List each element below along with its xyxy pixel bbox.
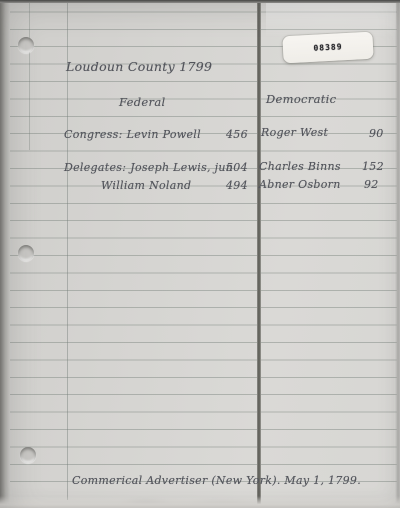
- column-header-democratic: Democratic: [266, 92, 336, 106]
- vote-count-federal: 504: [226, 161, 248, 174]
- vote-count-federal: 494: [226, 179, 248, 192]
- candidate-name-federal: William Noland: [101, 179, 191, 192]
- punch-hole-middle: [18, 245, 34, 261]
- catalog-number: 08389: [313, 42, 343, 53]
- office-label: Congress:: [64, 128, 123, 141]
- vote-count-democratic: 92: [364, 178, 379, 191]
- candidate-name-democratic: Roger West: [261, 126, 328, 139]
- race-row-delegates-2: William Noland: [101, 179, 191, 192]
- source-citation: Commerical Advertiser (New York). May 1,…: [72, 474, 361, 487]
- race-row-congress: Congress:Levin Powell: [64, 128, 201, 141]
- left-edge-rule: [29, 0, 30, 150]
- candidate-name-democratic: Charles Binns: [259, 160, 341, 173]
- center-column-divider: [257, 0, 261, 504]
- scan-edge-left: [0, 0, 10, 508]
- punch-hole-top: [18, 37, 34, 53]
- vote-count-democratic: 90: [369, 127, 384, 140]
- vote-count-democratic: 152: [362, 160, 384, 173]
- margin-rule: [67, 0, 68, 500]
- scan-glare: [266, 3, 396, 37]
- vote-count-federal: 456: [226, 128, 248, 141]
- candidate-name-federal: Levin Powell: [127, 128, 201, 141]
- scanned-ledger-page: 08389 Loudoun County 1799 Federal Democr…: [0, 0, 400, 508]
- punch-hole-bottom: [20, 447, 36, 463]
- scan-edge-bottom: [0, 496, 400, 508]
- page-title: Loudoun County 1799: [66, 59, 212, 74]
- candidate-name-democratic: Abner Osborn: [259, 178, 341, 191]
- race-row-delegates: Delegates:Joseph Lewis, jun: [64, 161, 233, 174]
- candidate-name-federal: Joseph Lewis, jun: [130, 161, 233, 174]
- column-header-federal: Federal: [119, 95, 165, 109]
- scan-edge-right: [395, 0, 400, 508]
- office-label: Delegates:: [64, 161, 126, 174]
